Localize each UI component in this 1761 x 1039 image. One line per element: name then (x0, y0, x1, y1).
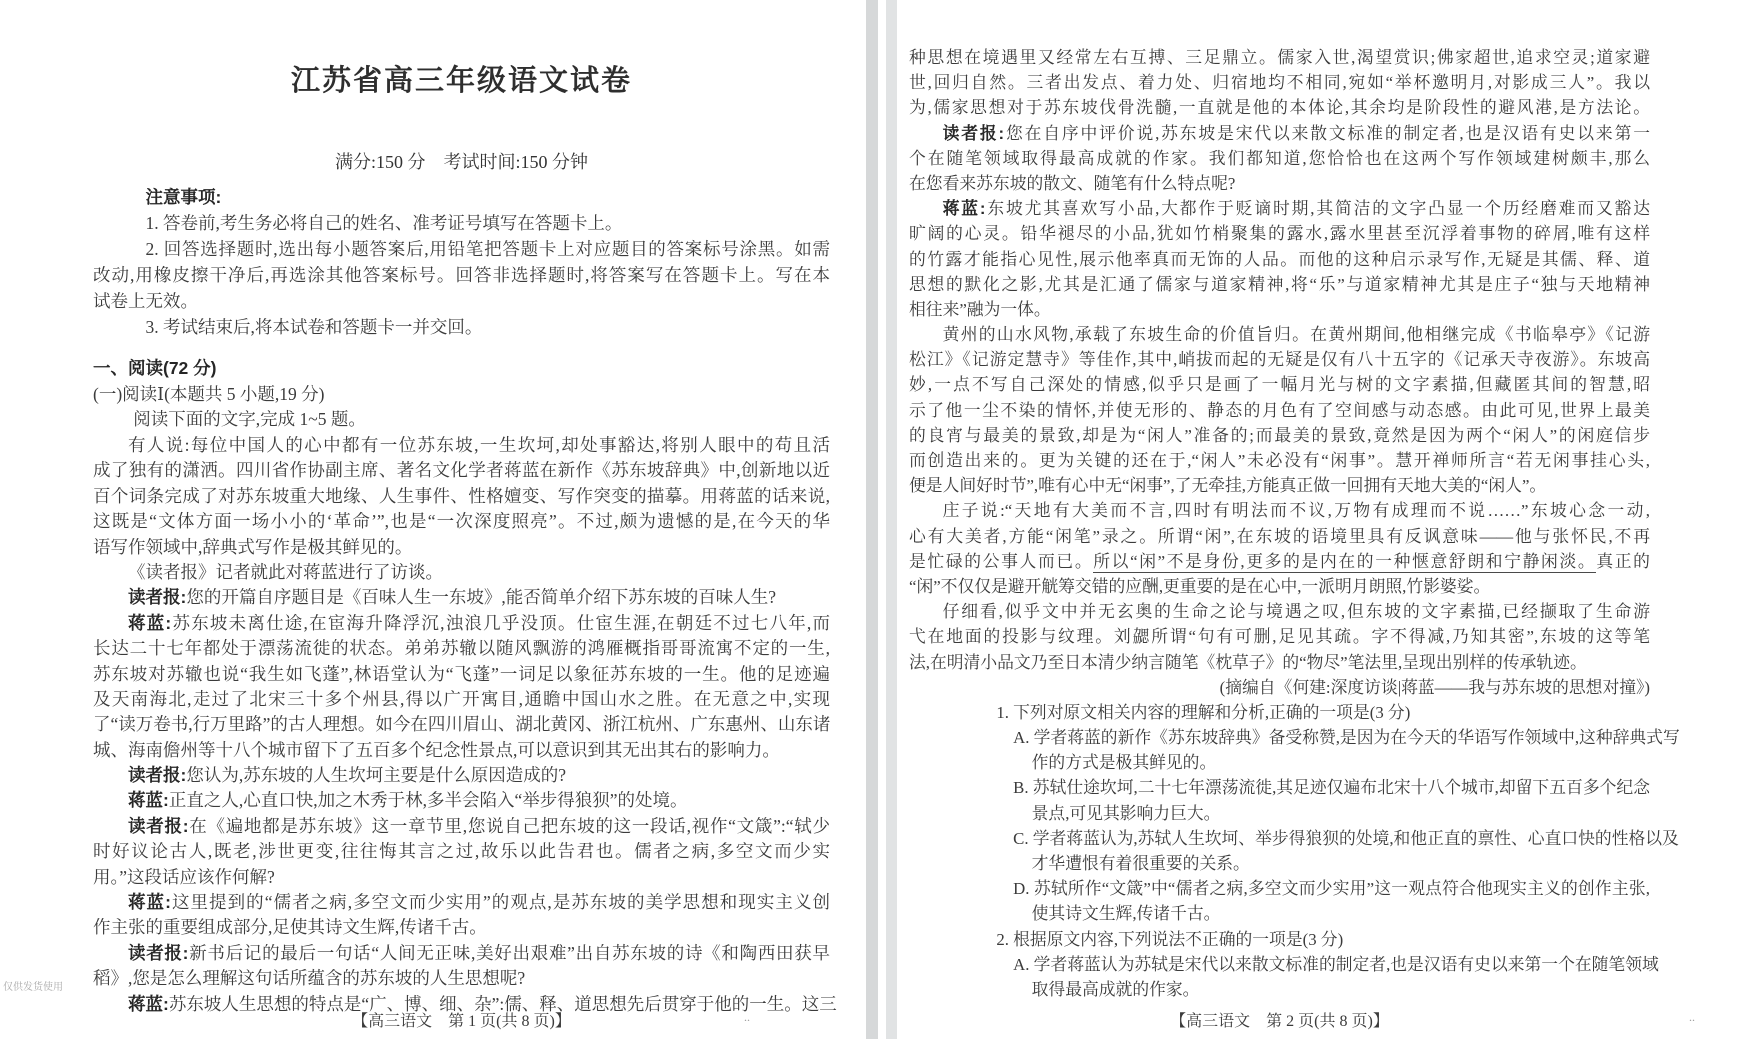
text-line: 及天南海北,走过了北宋三十多个州县,得以广开寓目,通瞻中国山水之胜。在无意之中,… (93, 687, 830, 712)
text-line: “闲”不仅仅是避开觥筹交错的应酬,更重要的是在心中,一派明月朗照,竹影婆娑。 (909, 574, 1650, 599)
text-line: 读者报:您在自序中评价说,苏东坡是宋代以来散文标准的制定者,也是汉语有史以来第一 (909, 121, 1650, 146)
score-duration-line: 满分:150 分 考试时间:150 分钟 (93, 148, 830, 174)
text-line: 作的方式是极其鲜见的。 (909, 750, 1650, 775)
text-line: 心有大美者,方能“闲笔”录之。所谓“闲”,在东坡的语境里具有反讽意味——他与张怀… (909, 524, 1650, 549)
text-line: 为,儒家思想对于苏东坡伐骨洗髓,一直就是他的本体论,其余均是阶段性的避风港,是方… (909, 95, 1650, 120)
distribution-watermark: 仅供发货使用 (3, 978, 63, 993)
text-line: (摘编自《何建:深度访谈|蒋蓝——我与苏东坡的思想对撞》) (909, 675, 1650, 700)
text-line: 在您看来苏东坡的散文、随笔有什么特点呢? (909, 171, 1650, 196)
text-line: 2. 回答选择题时,选出每小题答案后,用铅笔把答题卡上对应题目的答案标号涂黑。如… (93, 236, 830, 262)
text-line: B. 苏轼仕途坎坷,二十七年漂荡流徙,其足迹仅遍布北宋十八个城市,却留下五百多个… (909, 775, 1650, 800)
text-line: 这既是“文体方面一场小小的‘革命’”,也是“一次深度照亮”。不过,颇为遗憾的是,… (93, 509, 830, 534)
page-divider-left-edge (866, 0, 878, 1039)
right-page-content: 种思想在境遇里又经常左右互搏、三足鼎立。儒家入世,渴望赏识;佛家超世,追求空灵;… (909, 0, 1650, 1039)
text-line: 取得最高成就的作家。 (909, 977, 1650, 1002)
text-line: 读者报:您的开篇自序题目是《百味人生一东坡》,能否简单介绍下苏东坡的百味人生? (93, 585, 830, 610)
text-line: 世,回归自然。三者出发点、着力处、归宿地均不相同,宛如“举杯邀明月,对影成三人”… (909, 70, 1650, 95)
text-line: 作主张的重要组成部分,足使其诗文生辉,传诸千古。 (93, 915, 830, 940)
text-line: 便是人间好时节”,唯有心中无“闲事”,了无牵挂,方能真正做一回拥有天地大美的“闲… (909, 473, 1650, 498)
text-line: 是忙碌的公事人而已。所以“闲”不是身份,更多的是内在的一种惬意舒朗和宁静闲淡。真… (909, 549, 1650, 574)
text-line: 百个词条完成了对苏东坡重大地缘、人生事件、性格嬗变、写作突变的描摹。用蒋蓝的话来… (93, 484, 830, 509)
text-line: 示了他一尘不染的情怀,并使无形的、静态的月色有了空间感与动态感。由此可见,世界上… (909, 398, 1650, 423)
text-line: 妙,一点不写自己深处的情感,似乎只是画了一幅月光与树的文字素描,但藏匿其间的智慧… (909, 372, 1650, 397)
text-line: 城、海南儋州等十八个城市留下了五百多个纪念性景点,可以意识到其无出其右的影响力。 (93, 738, 830, 763)
text-line: 黄州的山水风物,承载了东坡生命的价值旨归。在黄州期间,他相继完成《书临皋亭》《记… (909, 322, 1650, 347)
text-line: 弋在地面的投影与纹理。刘勰所谓“句有可删,足见其疏。字不得减,乃知其密”,东坡的… (909, 624, 1650, 649)
right-page: 种思想在境遇里又经常左右互搏、三足鼎立。儒家入世,渴望赏识;佛家超世,追求空灵;… (897, 0, 1761, 1039)
interview-passage-part1: 有人说:每位中国人的心中都有一位苏东坡,一生坎坷,却处事豁达,将别人眼中的苟且活… (93, 433, 830, 1017)
text-line: 1. 下列对原文相关内容的理解和分析,正确的一项是(3 分) (909, 700, 1650, 725)
text-line: 蒋蓝:正直之人,心直口快,加之木秀于林,多半会陷入“举步得狼狈”的处境。 (93, 788, 830, 813)
notice-section: 注意事项:1. 答卷前,考生务必将自己的姓名、准考证号填写在答题卡上。2. 回答… (93, 184, 830, 340)
text-line: 松江》《记游定慧寺》等佳作,其中,峭拔而起的无疑是仅有八十五字的《记承天寺夜游》… (909, 347, 1650, 372)
text-line: 蒋蓝:苏东坡未离仕途,在宦海升降浮沉,浊浪几乎没顶。仕宦生涯,在朝廷不过七八年,… (93, 611, 830, 636)
text-line: 用。”这段话应该作何解? (93, 865, 830, 890)
text-line: 景点,可见其影响力巨大。 (909, 801, 1650, 826)
reading-section-heading: 一、阅读(72 分)(一)阅读Ⅰ(本题共 5 小题,19 分)阅读下面的文字,完… (93, 356, 830, 433)
left-page-content: 江苏省高三年级语文试卷 满分:150 分 考试时间:150 分钟 注意事项:1.… (93, 0, 830, 1039)
text-line: 苏东坡对苏辙也说“我生如飞蓬”,林语堂认为“飞蓬”一词足以象征苏东坡的一生。他的… (93, 662, 830, 687)
page-divider-right-edge (886, 0, 897, 1039)
text-line: A. 学者蒋蓝的新作《苏东坡辞典》备受称赞,是因为在今天的华语写作领域中,这种辞… (909, 725, 1650, 750)
text-line: 了“读万卷书,行万里路”的古人理想。如今在四川眉山、湖北黄冈、浙江杭州、广东惠州… (93, 712, 830, 737)
text-line: A. 学者蒋蓝认为苏轼是宋代以来散文标准的制定者,也是汉语有史以来第一个在随笔领… (909, 952, 1650, 977)
text-line: 才华遭恨有着很重要的关系。 (909, 851, 1650, 876)
text-line: 1. 答卷前,考生务必将自己的姓名、准考证号填写在答题卡上。 (93, 210, 830, 236)
text-line: C. 学者蒋蓝认为,苏轼人生坎坷、举步得狼狈的处境,和他正直的禀性、心直口快的性… (909, 826, 1650, 851)
text-line: 语写作领域中,辞典式写作是极其鲜见的。 (93, 535, 830, 560)
text-line: (一)阅读Ⅰ(本题共 5 小题,19 分) (93, 382, 830, 408)
exam-title: 江苏省高三年级语文试卷 (93, 58, 830, 99)
text-line: 法,在明清小品文乃至日本清少纳言随笔《枕草子》的“物尽”笔法里,呈现出别样的传承… (909, 650, 1650, 675)
text-line: 注意事项: (93, 184, 830, 210)
text-line: 改动,用橡皮擦干净后,再选涂其他答案标号。回答非选择题时,将答案写在答题卡上。写… (93, 262, 830, 288)
text-line: 使其诗文生辉,传诸千古。 (909, 901, 1650, 926)
text-line: 思想的默化之影,尤其是汇通了儒家与道家精神,将“乐”与道家精神尤其是庄子“独与天… (909, 272, 1650, 297)
text-line: 仔细看,似乎文中并无玄奥的生命之论与境遇之叹,但东坡的文字素描,已经撷取了生命游 (909, 599, 1650, 624)
text-line: 蒋蓝:东坡尤其喜欢写小品,大都作于贬谪时期,其简洁的文字凸显一个历经磨难而又豁达 (909, 196, 1650, 221)
text-line: 时好议论古人,既老,涉世更变,往往悔其言之过,故乐以此告君也。儒者之病,多空文而… (93, 839, 830, 864)
page-2-footer-dots: .. (1689, 1010, 1695, 1025)
text-line: 稻》,您是怎么理解这句话所蕴含的苏东坡的人生思想呢? (93, 966, 830, 991)
page-1-footer: 【高三语文 第 1 页(共 8 页)】 (93, 1008, 830, 1031)
text-line: 蒋蓝:这里提到的“儒者之病,多空文而少实用”的观点,是苏东坡的美学思想和现实主义… (93, 890, 830, 915)
text-line: 长达二十七年都处于漂荡流徙的状态。弟弟苏辙以随风飘游的鸿雁概指哥哥流寓不定的一生… (93, 636, 830, 661)
page-2-footer: 【高三语文 第 2 页(共 8 页)】 (909, 1008, 1650, 1031)
text-line: D. 苏轼所作“文箴”中“儒者之病,多空文而少实用”这一观点符合他现实主义的创作… (909, 876, 1650, 901)
text-line: 3. 考试结束后,将本试卷和答题卡一并交回。 (93, 314, 830, 340)
text-line: 而创造出来的。更为关键的还在于,“闲人”未必没有“闲事”。慧开禅师所言“若无闲事… (909, 448, 1650, 473)
left-page: 江苏省高三年级语文试卷 满分:150 分 考试时间:150 分钟 注意事项:1.… (0, 0, 866, 1039)
text-line: 有人说:每位中国人的心中都有一位苏东坡,一生坎坷,却处事豁达,将别人眼中的苟且活 (93, 433, 830, 458)
text-line: 试卷上无效。 (93, 288, 830, 314)
text-line: 一、阅读(72 分) (93, 356, 830, 382)
text-line: 读者报:在《遍地都是苏东坡》这一章节里,您说自己把东坡的这一段话,视作“文箴”:… (93, 814, 830, 839)
text-line: 种思想在境遇里又经常左右互搏、三足鼎立。儒家入世,渴望赏识;佛家超世,追求空灵;… (909, 45, 1650, 70)
text-line: 《读者报》记者就此对蒋蓝进行了访谈。 (93, 560, 830, 585)
text-line: 读者报:您认为,苏东坡的人生坎坷主要是什么原因造成的? (93, 763, 830, 788)
document-viewer: 江苏省高三年级语文试卷 满分:150 分 考试时间:150 分钟 注意事项:1.… (0, 0, 1761, 1039)
text-line: 2. 根据原文内容,下列说法不正确的一项是(3 分) (909, 927, 1650, 952)
text-line: 旷阔的心灵。铅华褪尽的小品,犹如竹梢聚集的露水,露水里甚至沉浮着事物的碎屑,唯有… (909, 221, 1650, 246)
text-line: 庄子说:“天地有大美而不言,四时有明法而不议,万物有成理而不说……”东坡心念一动… (909, 498, 1650, 523)
text-line: 个在随笔领域取得最高成就的作家。我们都知道,您恰恰也在这两个写作领域建树颇丰,那… (909, 146, 1650, 171)
text-line: 的良宵与最美的景致,却是为“闲人”准备的;而最美的景致,竟然是因为两个“闲人”的… (909, 423, 1650, 448)
text-line: 阅读下面的文字,完成 1~5 题。 (93, 407, 830, 433)
interview-passage-part2-and-questions: 种思想在境遇里又经常左右互搏、三足鼎立。儒家入世,渴望赏识;佛家超世,追求空灵;… (909, 45, 1650, 1002)
text-line: 读者报:新书后记的最后一句话“人间无正味,美好出艰难”出自苏东坡的诗《和陶西田获… (93, 941, 830, 966)
page-1-footer-dots: .. (744, 1010, 750, 1025)
text-line: 成了独有的潇洒。四川省作协副主席、著名文化学者蒋蓝在新作《苏东坡辞典》中,创新地… (93, 458, 830, 483)
text-line: 相往来”融为一体。 (909, 297, 1650, 322)
text-line: 的竹露才能指心见性,展示他率真而无饰的人品。而他的这种启示录写作,无疑是其儒、释… (909, 247, 1650, 272)
